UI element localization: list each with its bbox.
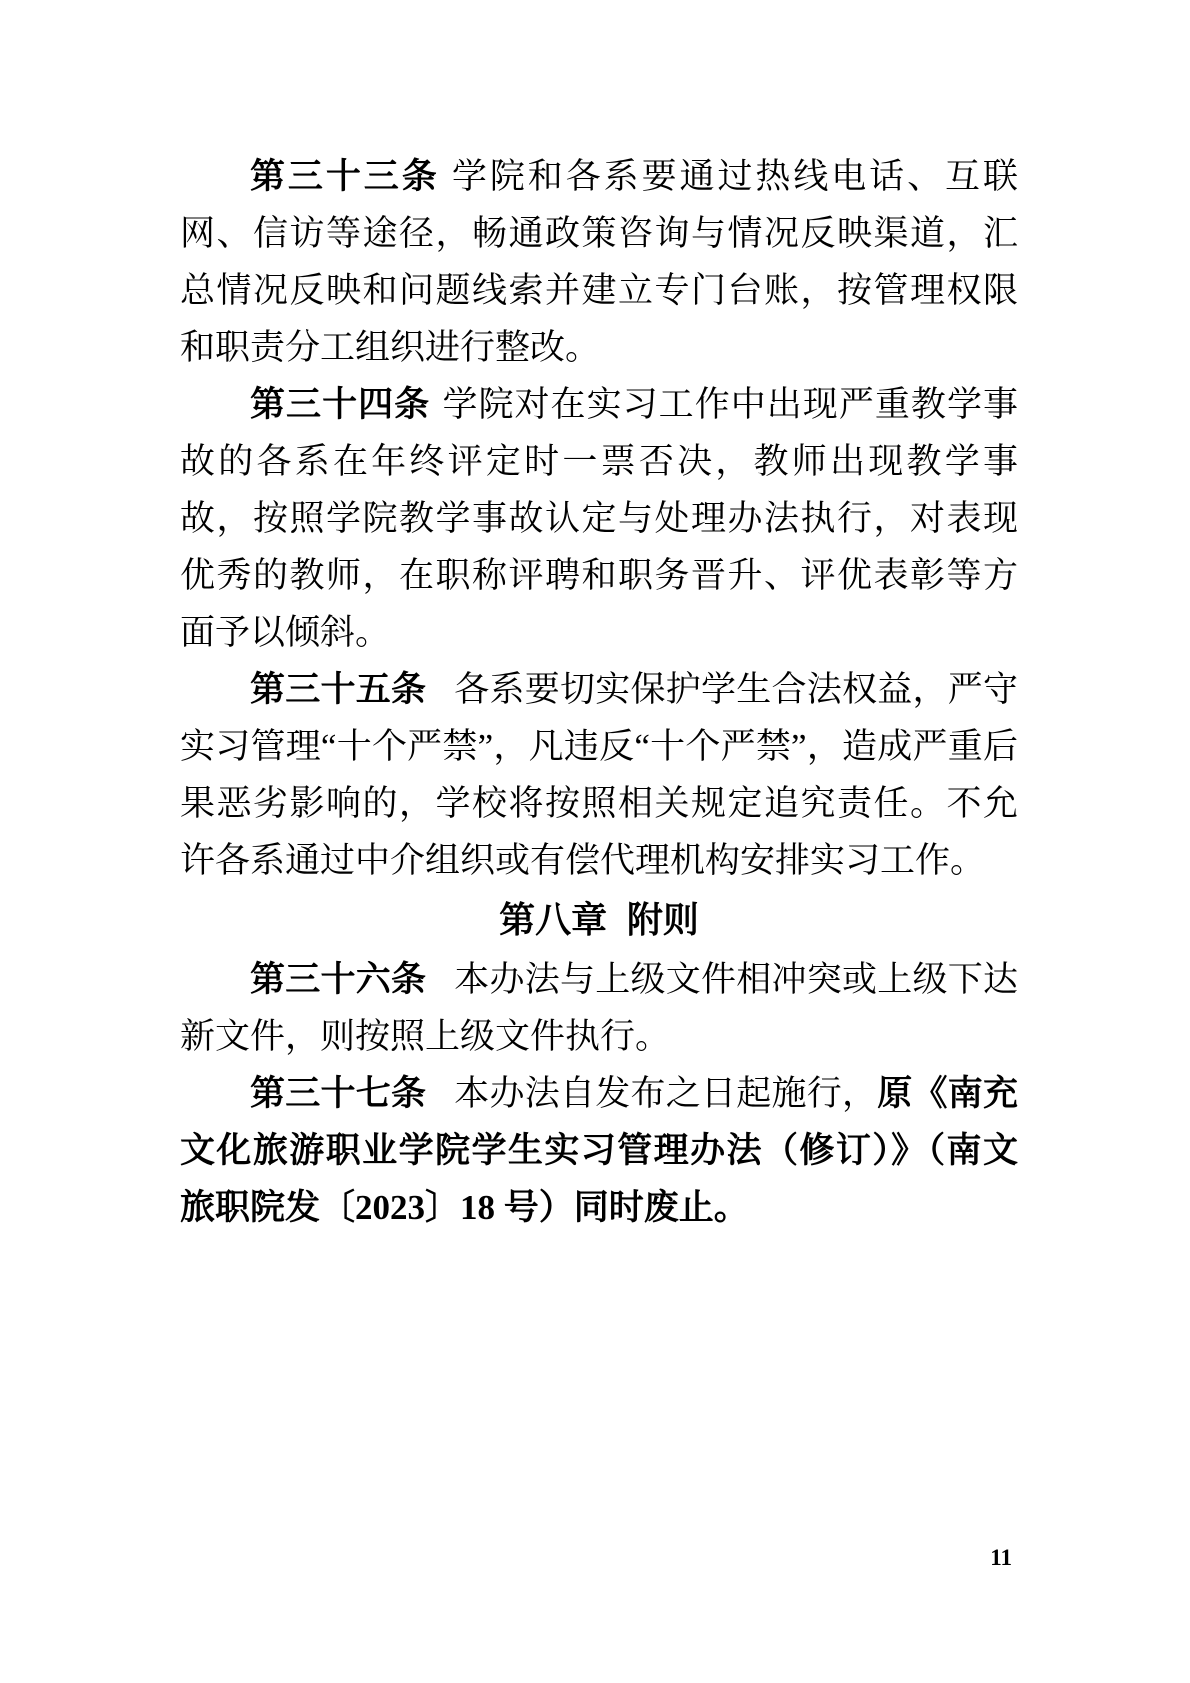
article-paragraph-35: 第三十五条各系要切实保护学生合法权益，严守实习管理“十个严禁”，凡违反“十个严禁… xyxy=(180,661,1018,889)
article-paragraph-36: 第三十六条本办法与上级文件相冲突或上级下达新文件，则按照上级文件执行。 xyxy=(180,951,1018,1065)
article-number: 第三十三条 xyxy=(250,157,440,196)
chapter-heading: 第八章附则 xyxy=(180,889,1018,951)
document-page: 第三十三条学院和各系要通过热线电话、互联网、信访等途径，畅通政策咨询与情况反映渠… xyxy=(0,0,1190,1683)
article-body: 本办法自发布之日起施行， xyxy=(454,1074,877,1113)
article-number: 第三十四条 xyxy=(250,385,430,424)
article-number: 第三十五条 xyxy=(250,670,426,709)
chapter-label: 第八章 xyxy=(499,900,607,940)
article-number: 第三十七条 xyxy=(250,1074,426,1113)
article-paragraph-37: 第三十七条本办法自发布之日起施行，原《南充文化旅游职业学院学生实习管理办法（修订… xyxy=(180,1065,1018,1236)
chapter-title: 附则 xyxy=(627,900,699,940)
article-paragraph-33: 第三十三条学院和各系要通过热线电话、互联网、信访等途径，畅通政策咨询与情况反映渠… xyxy=(180,148,1018,376)
article-paragraph-34: 第三十四条学院对在实习工作中出现严重教学事故的各系在年终评定时一票否决，教师出现… xyxy=(180,376,1018,661)
page-number: 11 xyxy=(990,1545,1012,1571)
article-number: 第三十六条 xyxy=(250,960,426,999)
article-body: 学院对在实习工作中出现严重教学事故的各系在年终评定时一票否决，教师出现教学事故，… xyxy=(180,385,1018,652)
text-block: 第三十三条学院和各系要通过热线电话、互联网、信访等途径，畅通政策咨询与情况反映渠… xyxy=(180,148,1018,1236)
